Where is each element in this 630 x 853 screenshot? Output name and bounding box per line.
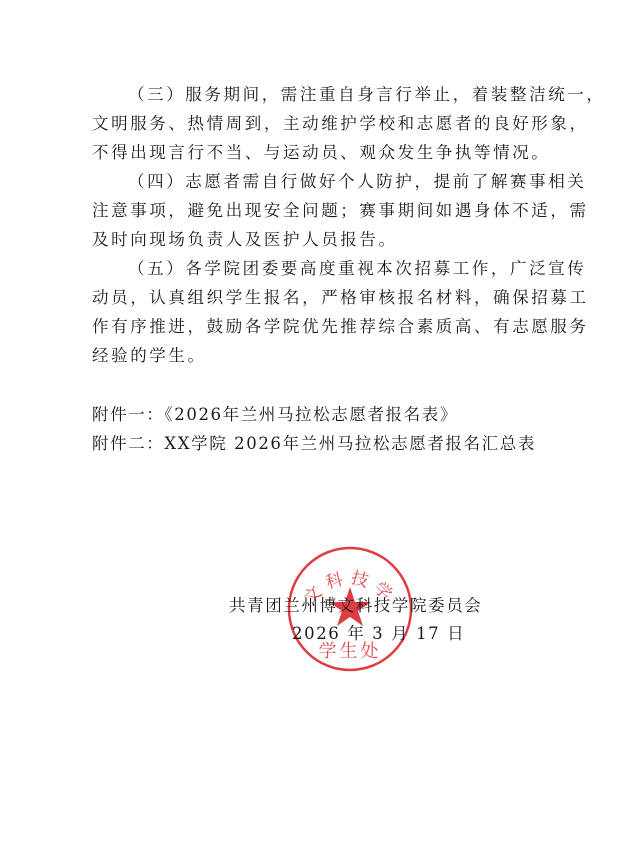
signing-date: 2026 年 3 月 17 日 [292, 620, 465, 644]
para-4-line-1: （四）志愿者需自行做好个人防护，提前了解赛事相关 [128, 172, 538, 192]
para-4-line-3: 及时向现场负责人及医护人员报告。 [92, 230, 538, 250]
para-5-line-1: （五）各学院团委要高度重视本次招募工作，广泛宣传 [128, 259, 538, 279]
para-3-line-3: 不得出现言行不当、与运动员、观众发生争执等情况。 [92, 143, 538, 163]
para-3-line-1: （三）服务期间，需注重自身言行举止，着装整洁统一， [128, 85, 538, 105]
para-5-line-4: 经验的学生。 [92, 346, 538, 366]
para-4-line-2: 注意事项，避免出现安全问题；赛事期间如遇身体不适，需 [92, 201, 538, 221]
document-page: （三）服务期间，需注重自身言行举止，着装整洁统一， 文明服务、热情周到，主动维护… [0, 0, 630, 853]
svg-text:学生处: 学生处 [319, 641, 382, 662]
attachment-1: 附件一：《2026年兰州马拉松志愿者报名表》 [92, 405, 538, 425]
para-5-line-3: 作有序推进，鼓励各学院优先推荐综合素质高、有志愿服务 [92, 317, 538, 337]
attachment-2: 附件二：XX学院 2026年兰州马拉松志愿者报名汇总表 [92, 434, 538, 454]
para-3-line-2: 文明服务、热情周到，主动维护学校和志愿者的良好形象， [92, 114, 538, 134]
signing-organization: 共青团兰州博文科技学院委员会 [229, 592, 482, 616]
para-5-line-2: 动员，认真组织学生报名，严格审核报名材料，确保招募工 [92, 288, 538, 308]
